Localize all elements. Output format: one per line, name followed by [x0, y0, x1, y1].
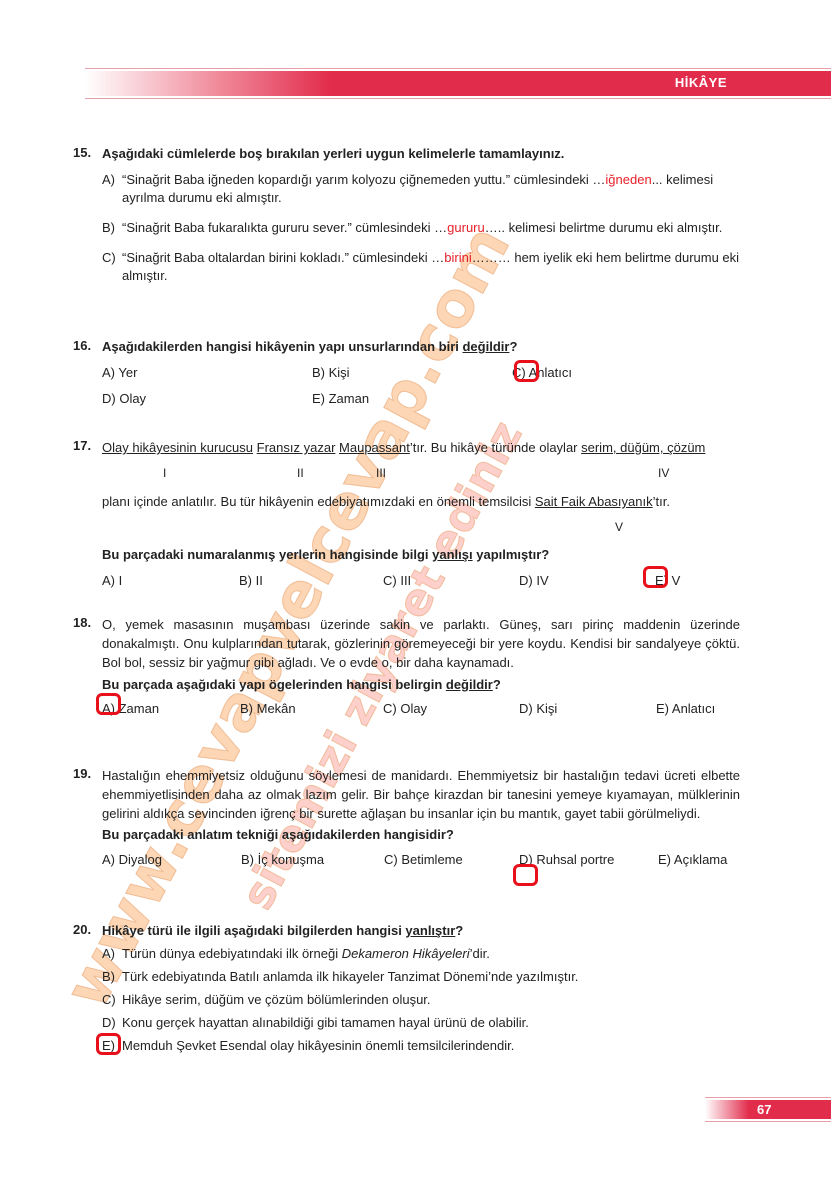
- question-number: 17.: [73, 438, 91, 453]
- footer-rule-top: [705, 1097, 831, 1098]
- question-19: 19. Hastalığın ehemmiyetsiz olduğunu söy…: [73, 766, 740, 869]
- work-title: Dekameron Hikâyeleri: [342, 946, 470, 961]
- option-e: E)Memduh Şevket Esendal olay hikâyesinin…: [102, 1037, 740, 1055]
- handwritten-answer: iğneden: [605, 172, 651, 187]
- footer-rule-bottom: [705, 1121, 831, 1122]
- option-text: Konu gerçek hayattan alınabildiği gibi t…: [122, 1015, 529, 1030]
- stem-text: Bu parçadaki numaralanmış yerlerin hangi…: [102, 547, 432, 562]
- answer-mark-circle: [96, 1033, 121, 1055]
- question-18: 18. O, yemek masasının muşambası üzerind…: [73, 615, 740, 718]
- question-17: 17. Olay hikâyesinin kurucusu Fransız ya…: [73, 438, 740, 590]
- option-letter: A): [102, 945, 122, 963]
- option-letter: C): [102, 249, 122, 267]
- option-a: A) Zaman: [102, 700, 240, 718]
- underlined-segment-iii: Maupassant: [339, 440, 410, 455]
- option-a: A) Diyalog: [102, 851, 241, 869]
- roman-label-iv: IV: [658, 466, 669, 480]
- option-c: C) Olay: [383, 700, 519, 718]
- passage-line-2: planı içinde anlatılır. Bu tür hikâyenin…: [102, 492, 740, 511]
- header-rule-top: [85, 68, 831, 69]
- option-d: D) Olay: [102, 390, 312, 408]
- option-c: C)“Sinağrit Baba oltalardan birini kokla…: [102, 249, 740, 285]
- option-b: B)“Sinağrit Baba fukaralıkta gururu seve…: [102, 219, 740, 237]
- underlined-segment-i: Olay hikâyesinin kurucusu: [102, 440, 253, 455]
- option-text-tail: ….. kelimesi belirtme durumu eki almıştı…: [485, 220, 723, 235]
- question-15: 15. Aşağıdaki cümlelerde boş bırakılan y…: [73, 145, 740, 285]
- question-stem: Bu parçada aşağıdaki yapı ögelerinden ha…: [102, 676, 740, 694]
- answer-mark-circle: [513, 864, 538, 886]
- stem-emphasis: değildir: [462, 339, 509, 354]
- option-text: “Sinağrit Baba iğneden kopardığı yarım k…: [122, 172, 605, 187]
- option-b: B) II: [239, 572, 383, 590]
- header-rule-bottom: [85, 98, 831, 99]
- handwritten-answer: gururu: [447, 220, 485, 235]
- option-c: C) Betimleme: [384, 851, 519, 869]
- option-e: E) Açıklama: [658, 851, 727, 869]
- option-a: A)“Sinağrit Baba iğneden kopardığı yarım…: [102, 171, 740, 207]
- question-number: 19.: [73, 766, 91, 781]
- stem-end: yapılmıştır?: [473, 547, 550, 562]
- question-number: 15.: [73, 145, 91, 160]
- answer-mark-circle: [96, 693, 121, 715]
- option-b: B)Türk edebiyatında Batılı anlamda ilk h…: [102, 968, 740, 986]
- question-stem: Aşağıdaki cümlelerde boş bırakılan yerle…: [102, 145, 740, 163]
- option-letter: B): [102, 968, 122, 986]
- option-a: A)Türün dünya edebiyatındaki ilk örneği …: [102, 945, 740, 963]
- question-stem: Bu parçadaki anlatım tekniği aşağıdakile…: [102, 826, 740, 844]
- stem-end: ?: [455, 923, 463, 938]
- stem-emphasis: yanlışı: [432, 547, 472, 562]
- option-b: B) Mekân: [240, 700, 383, 718]
- option-d: D) IV: [519, 572, 655, 590]
- option-d: D)Konu gerçek hayattan alınabildiği gibi…: [102, 1014, 740, 1032]
- handwritten-answer: birini: [444, 250, 471, 265]
- question-stem: Hikâye türü ile ilgili aşağıdaki bilgile…: [102, 922, 740, 940]
- passage-text: planı içinde anlatılır. Bu tür hikâyenin…: [102, 494, 535, 509]
- roman-label-ii: II: [297, 466, 304, 480]
- roman-label-v: V: [615, 520, 623, 534]
- chapter-title: HİKÂYE: [675, 75, 727, 90]
- option-text: “Sinağrit Baba fukaralıkta gururu sever.…: [122, 220, 447, 235]
- question-16: 16. Aşağıdakilerden hangisi hikâyenin ya…: [73, 338, 740, 408]
- question-number: 18.: [73, 615, 91, 630]
- question-number: 20.: [73, 922, 91, 937]
- stem-end: ?: [509, 339, 517, 354]
- roman-label-iii: III: [376, 466, 386, 480]
- option-text-tail: ’dir.: [470, 946, 490, 961]
- option-c: C)Hikâye serim, düğüm ve çözüm bölümleri…: [102, 991, 740, 1009]
- question-stem: Bu parçadaki numaralanmış yerlerin hangi…: [102, 546, 740, 564]
- stem-emphasis: yanlıştır: [405, 923, 455, 938]
- option-text: Memduh Şevket Esendal olay hikâyesinin ö…: [122, 1038, 514, 1053]
- option-letter: B): [102, 219, 122, 237]
- question-number: 16.: [73, 338, 91, 353]
- passage: O, yemek masasının muşambası üzerinde sa…: [102, 615, 740, 672]
- question-stem: Aşağıdakilerden hangisi hikâyenin yapı u…: [102, 338, 740, 356]
- passage-text-tail: ’tır.: [653, 494, 670, 509]
- option-b: B) Kişi: [312, 364, 512, 382]
- option-letter: D): [102, 1014, 122, 1032]
- stem-end: ?: [493, 677, 501, 692]
- option-text: “Sinağrit Baba oltalardan birini kokladı…: [122, 250, 444, 265]
- option-d: D) Ruhsal portre: [519, 851, 658, 869]
- option-e: E) Zaman: [312, 390, 369, 408]
- roman-label-i: I: [163, 466, 166, 480]
- passage: Hastalığın ehemmiyetsiz olduğunu söyleme…: [102, 766, 740, 823]
- option-a: A) I: [102, 572, 239, 590]
- passage-text: ’tır. Bu hikâye türünde olaylar: [410, 440, 581, 455]
- option-c: C) III: [383, 572, 519, 590]
- option-text: Hikâye serim, düğüm ve çözüm bölümlerind…: [122, 992, 431, 1007]
- option-text: Türün dünya edebiyatındaki ilk örneği: [122, 946, 342, 961]
- option-letter: C): [102, 991, 122, 1009]
- stem-text: Aşağıdakilerden hangisi hikâyenin yapı u…: [102, 339, 462, 354]
- passage-line-1: Olay hikâyesinin kurucusu Fransız yazar …: [102, 438, 740, 457]
- underlined-segment-v: Sait Faik Abasıyanık: [535, 494, 653, 509]
- option-b: B) İç konuşma: [241, 851, 384, 869]
- option-d: D) Kişi: [519, 700, 656, 718]
- page-number-band: 67: [705, 1097, 831, 1123]
- stem-text: Bu parçada aşağıdaki yapı ögelerinden ha…: [102, 677, 446, 692]
- stem-emphasis: değildir: [446, 677, 493, 692]
- option-e: E) Anlatıcı: [656, 700, 715, 718]
- option-a: A) Yer: [102, 364, 312, 382]
- answer-mark-circle: [643, 566, 668, 588]
- underlined-segment-iv: serim, düğüm, çözüm: [581, 440, 705, 455]
- underlined-segment-ii: Fransız yazar: [257, 440, 336, 455]
- option-text: Türk edebiyatında Batılı anlamda ilk hik…: [122, 969, 578, 984]
- stem-text: Hikâye türü ile ilgili aşağıdaki bilgile…: [102, 923, 405, 938]
- question-20: 20. Hikâye türü ile ilgili aşağıdaki bil…: [73, 922, 740, 1055]
- option-letter: A): [102, 171, 122, 189]
- chapter-header-band: HİKÂYE: [85, 68, 831, 100]
- page-number: 67: [757, 1102, 771, 1117]
- answer-mark-circle: [514, 360, 539, 382]
